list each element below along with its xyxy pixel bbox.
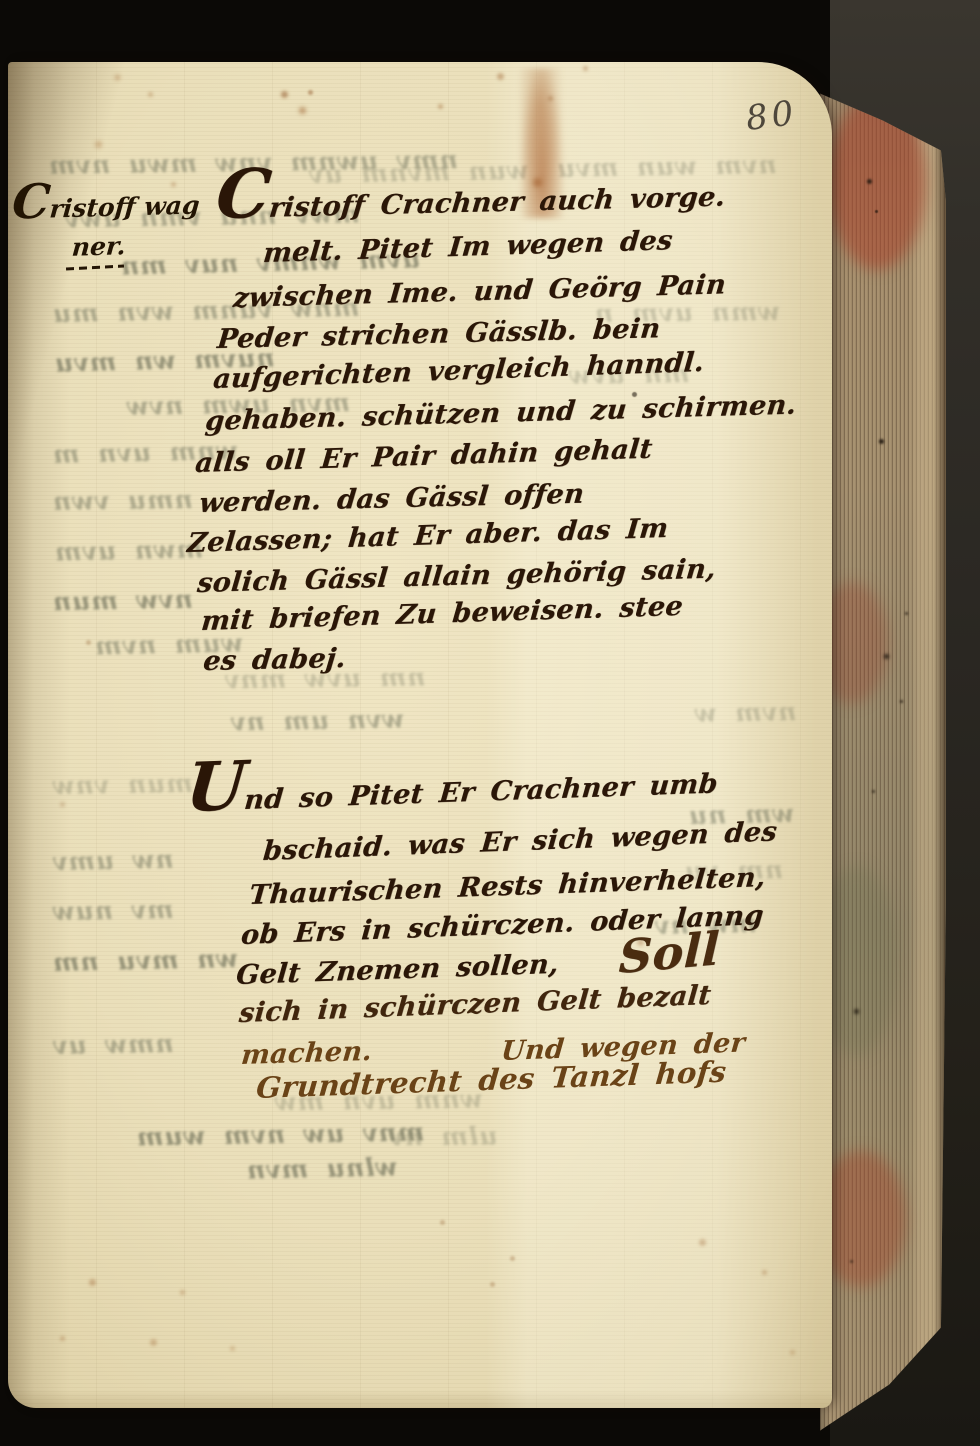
manuscript-line: sich in schürczen Gelt bezalt (238, 982, 712, 1027)
bleedthrough-line: nvm w (694, 699, 797, 726)
bleedthrough-line: nvw mun (52, 587, 193, 614)
margin-note-line: Cristoff wag (11, 193, 201, 223)
bleedthrough-line: wlnu mvn (246, 1154, 398, 1182)
manuscript-line: Cristoff Crachner auch vorge. (214, 183, 727, 223)
bleedthrough-line: wun mvnm uv (308, 158, 529, 188)
manuscript-line: melt. Pitet Im wegen des (262, 227, 674, 267)
manuscript-photo: nmv uwnm vnw mwu nvm wun mvnm uv mwv nnu… (0, 0, 980, 1446)
manuscript-line: es dabej. (202, 645, 347, 675)
book-fore-edge (820, 80, 946, 1436)
manuscript-line: mit briefen Zu beweisen. stee (200, 593, 684, 635)
manuscript-line: Zelassen; hat Er aber. das Im (186, 515, 669, 557)
fore-edge-ink-specks (820, 80, 823, 83)
margin-note-line: ner. (71, 233, 127, 259)
bleedthrough-line: ulm nv (388, 1123, 498, 1149)
bleedthrough-line: nw umv (52, 847, 174, 875)
manuscript-line: alls oll Er Pair dahin gehalt (194, 436, 654, 477)
manuscript-line: Und so Pitet Er Crachner umb (184, 770, 719, 816)
bleedthrough-line: mun vnw (52, 771, 193, 798)
manuscript-word-soll: Soll (618, 925, 720, 980)
bleedthrough-line: nmu vwn (52, 487, 193, 514)
bleedthrough-line: mwn uvm (54, 536, 204, 564)
manuscript-line: Gelt Znemen sollen, (235, 951, 560, 989)
bleedthrough-line: mnv uw nvm wum (136, 1119, 425, 1149)
margin-note-underline (66, 264, 124, 270)
manuscript-page: nmv uwnm vnw mwu nvm wun mvnm uv mwv nnu… (8, 62, 832, 1408)
bleedthrough-line: nvm wun mvu (556, 152, 777, 181)
bleedthrough-line: wvn um nv (230, 706, 404, 734)
folio-number: 80 (744, 93, 800, 139)
manuscript-line: solich Gässl allain gehörig sain, (196, 556, 717, 597)
bleedthrough-line: wn mvu nm (52, 946, 238, 975)
manuscript-line: werden. das Gässl offen (198, 481, 585, 517)
bleedthrough-line: mv nuw (52, 897, 174, 924)
bleedthrough-line: nmw uv (52, 1031, 174, 1058)
foxing-stains (8, 62, 13, 67)
manuscript-line: machen. (240, 1038, 373, 1069)
